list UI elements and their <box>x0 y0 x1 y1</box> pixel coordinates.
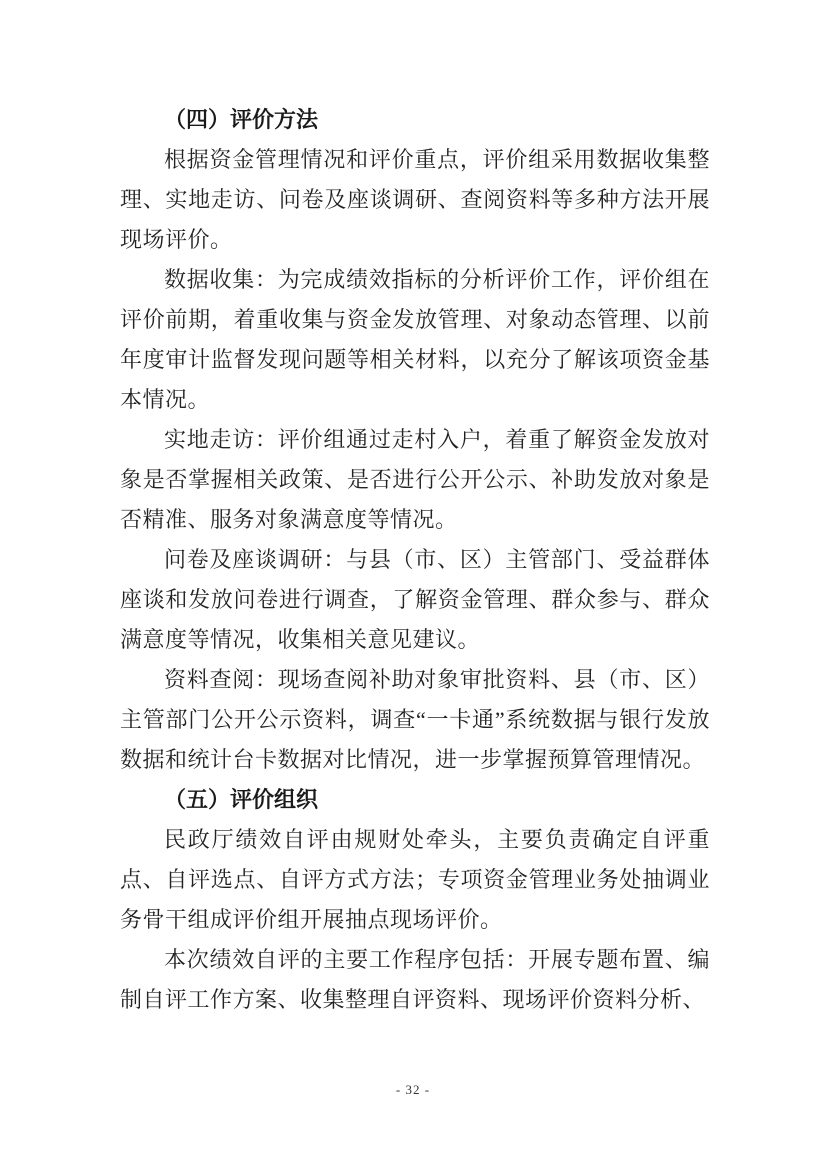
paragraph: 实地走访：评价组通过走村入户，着重了解资金发放对象是否掌握相关政策、是否进行公开… <box>120 420 710 540</box>
document-body: （四）评价方法 根据资金管理情况和评价重点，评价组采用数据收集整理、实地走访、问… <box>120 100 710 1020</box>
paragraph: 根据资金管理情况和评价重点，评价组采用数据收集整理、实地走访、问卷及座谈调研、查… <box>120 140 710 260</box>
page-number: - 32 - <box>396 1082 430 1097</box>
paragraph: 资料查阅：现场查阅补助对象审批资料、县（市、区）主管部门公开公示资料，调查“一卡… <box>120 660 710 780</box>
paragraph: 数据收集：为完成绩效指标的分析评价工作，评价组在评价前期，着重收集与资金发放管理… <box>120 260 710 420</box>
paragraph: 本次绩效自评的主要工作程序包括：开展专题布置、编制自评工作方案、收集整理自评资料… <box>120 940 710 1020</box>
paragraph: 民政厅绩效自评由规财处牵头，主要负责确定自评重点、自评选点、自评方式方法；专项资… <box>120 820 710 940</box>
section-evaluation-organization: （五）评价组织 民政厅绩效自评由规财处牵头，主要负责确定自评重点、自评选点、自评… <box>120 780 710 1020</box>
section-evaluation-method: （四）评价方法 根据资金管理情况和评价重点，评价组采用数据收集整理、实地走访、问… <box>120 100 710 780</box>
section-heading-evaluation-method: （四）评价方法 <box>120 100 710 140</box>
paragraph: 问卷及座谈调研：与县（市、区）主管部门、受益群体座谈和发放问卷进行调查，了解资金… <box>120 540 710 660</box>
page-footer: - 32 - <box>0 1080 826 1100</box>
document-page: （四）评价方法 根据资金管理情况和评价重点，评价组采用数据收集整理、实地走访、问… <box>0 0 826 1169</box>
section-heading-evaluation-organization: （五）评价组织 <box>120 780 710 820</box>
